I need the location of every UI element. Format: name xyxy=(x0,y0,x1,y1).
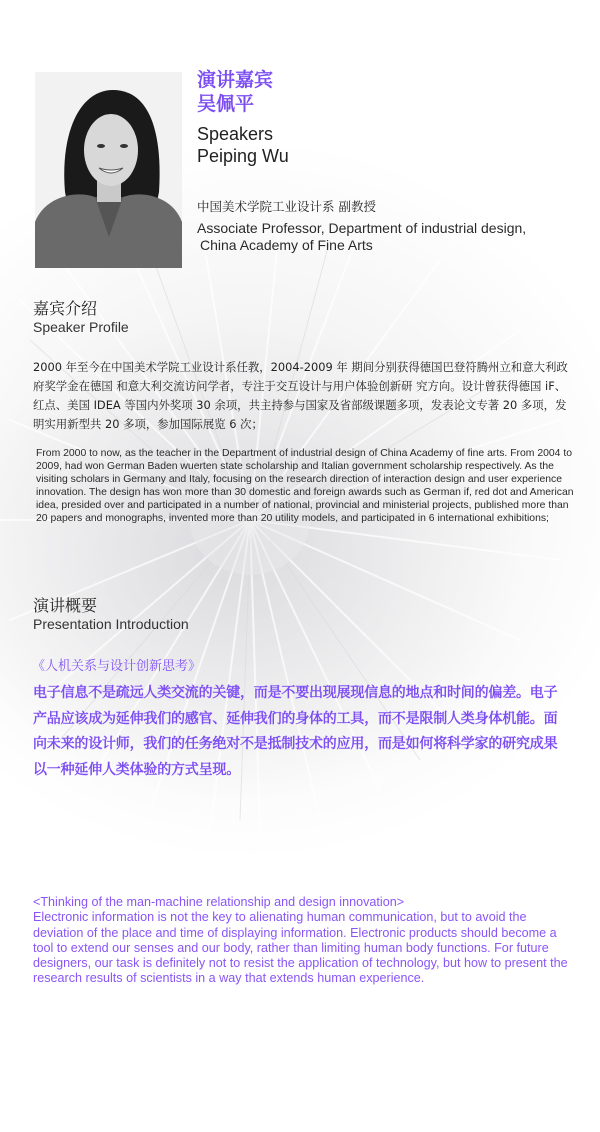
presentation-heading: 演讲概要 Presentation Introduction xyxy=(33,596,189,633)
presentation-body-en-text: Electronic information is not the key to… xyxy=(33,910,578,986)
presentation-heading-en: Presentation Introduction xyxy=(33,616,189,633)
speaker-role-en: Associate Professor, Department of indus… xyxy=(197,220,526,254)
profile-heading-en: Speaker Profile xyxy=(33,319,129,336)
section-title-en: Speakers xyxy=(197,123,289,145)
profile-heading-cn: 嘉宾介绍 xyxy=(33,299,129,319)
speaker-name-cn: 吴佩平 xyxy=(197,92,273,116)
portrait-image xyxy=(35,72,182,268)
profile-body-en: From 2000 to now, as the teacher in the … xyxy=(36,447,576,525)
profile-heading: 嘉宾介绍 Speaker Profile xyxy=(33,299,129,336)
speaker-photo xyxy=(35,72,182,268)
profile-body-cn: 2000 年至今在中国美术学院工业设计系任教，2004-2009 年 期间分别获… xyxy=(33,358,573,434)
presentation-body-en: <Thinking of the man-machine relationshi… xyxy=(33,895,578,987)
speaker-name-en: Peiping Wu xyxy=(197,145,289,167)
speaker-role-cn: 中国美术学院工业设计系 副教授 xyxy=(197,197,376,215)
speaker-role-en-line2: China Academy of Fine Arts xyxy=(197,237,526,254)
talk-title-cn: 《人机关系与设计创新思考》 xyxy=(32,655,201,674)
speaker-role-en-line1: Associate Professor, Department of indus… xyxy=(197,220,526,237)
presentation-heading-cn: 演讲概要 xyxy=(33,596,189,616)
section-title-cn: 演讲嘉宾 xyxy=(197,68,273,92)
speaker-heading-cn: 演讲嘉宾 吴佩平 xyxy=(197,68,273,116)
talk-title-en: <Thinking of the man-machine relationshi… xyxy=(33,895,578,910)
presentation-body-cn: 电子信息不是疏远人类交流的关键，而是不要出现展现信息的地点和时间的偏差。电子产品… xyxy=(33,681,568,783)
speaker-heading-en: Speakers Peiping Wu xyxy=(197,123,289,167)
